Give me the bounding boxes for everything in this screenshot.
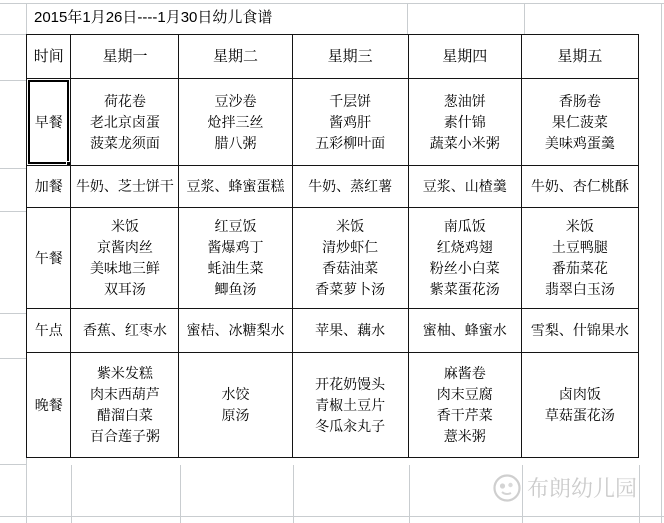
gridline [0, 516, 664, 517]
menu-cell[interactable]: 荷花卷老北京卤蛋菠菜龙须面 [71, 79, 179, 166]
menu-cell[interactable]: 紫米发糕肉末西葫芦醋溜白菜百合莲子粥 [71, 353, 179, 458]
menu-cell[interactable]: 米饭京酱肉丝美味地三鲜双耳汤 [71, 208, 179, 309]
menu-cell[interactable]: 水饺原汤 [179, 353, 292, 458]
gridline [524, 3, 525, 34]
menu-cell[interactable]: 豆沙卷炝拌三丝腊八粥 [179, 79, 292, 166]
page-title: 2015年1月26日----1月30日幼儿食谱 [27, 3, 413, 33]
row-label-morning-snack[interactable]: 加餐 [27, 166, 71, 208]
menu-cell[interactable]: 蜜柚、蜂蜜水 [408, 309, 521, 353]
menu-cell[interactable]: 牛奶、芝士饼干 [71, 166, 179, 208]
menu-cell[interactable]: 开花奶馒头青椒土豆片冬瓜汆丸子 [292, 353, 408, 458]
menu-cell[interactable]: 蜜桔、冰糖梨水 [179, 309, 292, 353]
menu-cell[interactable]: 麻酱卷肉末豆腐香干芹菜薏米粥 [408, 353, 521, 458]
menu-cell[interactable]: 香蕉、红枣水 [71, 309, 179, 353]
menu-cell[interactable]: 牛奶、蒸红薯 [292, 166, 408, 208]
gridline [180, 465, 181, 523]
menu-cell[interactable]: 苹果、藕水 [292, 309, 408, 353]
fill-handle[interactable] [66, 161, 71, 166]
gridline [661, 3, 662, 523]
table-row-dinner: 晚餐 紫米发糕肉末西葫芦醋溜白菜百合莲子粥 水饺原汤 开花奶馒头青椒土豆片冬瓜汆… [27, 353, 639, 458]
menu-cell[interactable]: 豆浆、蜂蜜蛋糕 [179, 166, 292, 208]
col-header-wednesday[interactable]: 星期三 [292, 35, 408, 79]
header-row: 时间 星期一 星期二 星期三 星期四 星期五 [27, 35, 639, 79]
row-label-breakfast[interactable]: 早餐 [27, 79, 71, 166]
row-label-dinner[interactable]: 晚餐 [27, 353, 71, 458]
col-header-friday[interactable]: 星期五 [521, 35, 638, 79]
menu-cell[interactable]: 米饭土豆鸭腿番茄菜花翡翠白玉汤 [521, 208, 638, 309]
col-header-thursday[interactable]: 星期四 [408, 35, 521, 79]
watermark: 布朗幼儿园 [492, 472, 637, 503]
col-header-tuesday[interactable]: 星期二 [179, 35, 292, 79]
spreadsheet-page: 2015年1月26日----1月30日幼儿食谱 时间 星期一 星期二 星期三 星… [0, 0, 664, 523]
gridline [409, 465, 410, 523]
table-row-afternoon-snack: 午点 香蕉、红枣水 蜜桔、冰糖梨水 苹果、藕水 蜜柚、蜂蜜水 雪梨、什锦果水 [27, 309, 639, 353]
gridline [0, 168, 27, 169]
menu-cell[interactable]: 葱油饼素什锦蔬菜小米粥 [408, 79, 521, 166]
gridline [0, 358, 27, 359]
gridline [0, 313, 27, 314]
menu-cell[interactable]: 牛奶、杏仁桃酥 [521, 166, 638, 208]
kindergarten-logo-icon [492, 473, 522, 503]
col-header-monday[interactable]: 星期一 [71, 35, 179, 79]
meal-schedule-table: 时间 星期一 星期二 星期三 星期四 星期五 早餐 荷花卷老北京卤蛋菠菜龙须面 … [26, 34, 639, 458]
gridline [0, 80, 27, 81]
col-header-time[interactable]: 时间 [27, 35, 71, 79]
table-row-breakfast: 早餐 荷花卷老北京卤蛋菠菜龙须面 豆沙卷炝拌三丝腊八粥 千层饼酱鸡肝五彩柳叶面 … [27, 79, 639, 166]
row-label-text: 早餐 [35, 114, 63, 130]
table-row-lunch: 午餐 米饭京酱肉丝美味地三鲜双耳汤 红豆饭酱爆鸡丁蚝油生菜鲫鱼汤 米饭清炒虾仁香… [27, 208, 639, 309]
gridline [0, 211, 27, 212]
menu-cell[interactable]: 千层饼酱鸡肝五彩柳叶面 [292, 79, 408, 166]
gridline [0, 464, 27, 465]
watermark-text: 布朗幼儿园 [527, 472, 637, 503]
menu-cell[interactable]: 雪梨、什锦果水 [521, 309, 638, 353]
gridline [293, 465, 294, 523]
row-label-afternoon-snack[interactable]: 午点 [27, 309, 71, 353]
table-row-morning-snack: 加餐 牛奶、芝士饼干 豆浆、蜂蜜蛋糕 牛奶、蒸红薯 豆浆、山楂羹 牛奶、杏仁桃酥 [27, 166, 639, 208]
menu-cell[interactable]: 米饭清炒虾仁香菇油菜香菜萝卜汤 [292, 208, 408, 309]
row-label-lunch[interactable]: 午餐 [27, 208, 71, 309]
menu-cell[interactable]: 豆浆、山楂羹 [408, 166, 521, 208]
menu-cell[interactable]: 香肠卷果仁菠菜美味鸡蛋羹 [521, 79, 638, 166]
menu-cell[interactable]: 卤肉饭草菇蛋花汤 [521, 353, 638, 458]
menu-cell[interactable]: 红豆饭酱爆鸡丁蚝油生菜鲫鱼汤 [179, 208, 292, 309]
gridline [0, 34, 27, 35]
gridline [639, 465, 640, 523]
gridline [71, 465, 72, 523]
menu-cell[interactable]: 南瓜饭红烧鸡翅粉丝小白菜紫菜蛋花汤 [408, 208, 521, 309]
